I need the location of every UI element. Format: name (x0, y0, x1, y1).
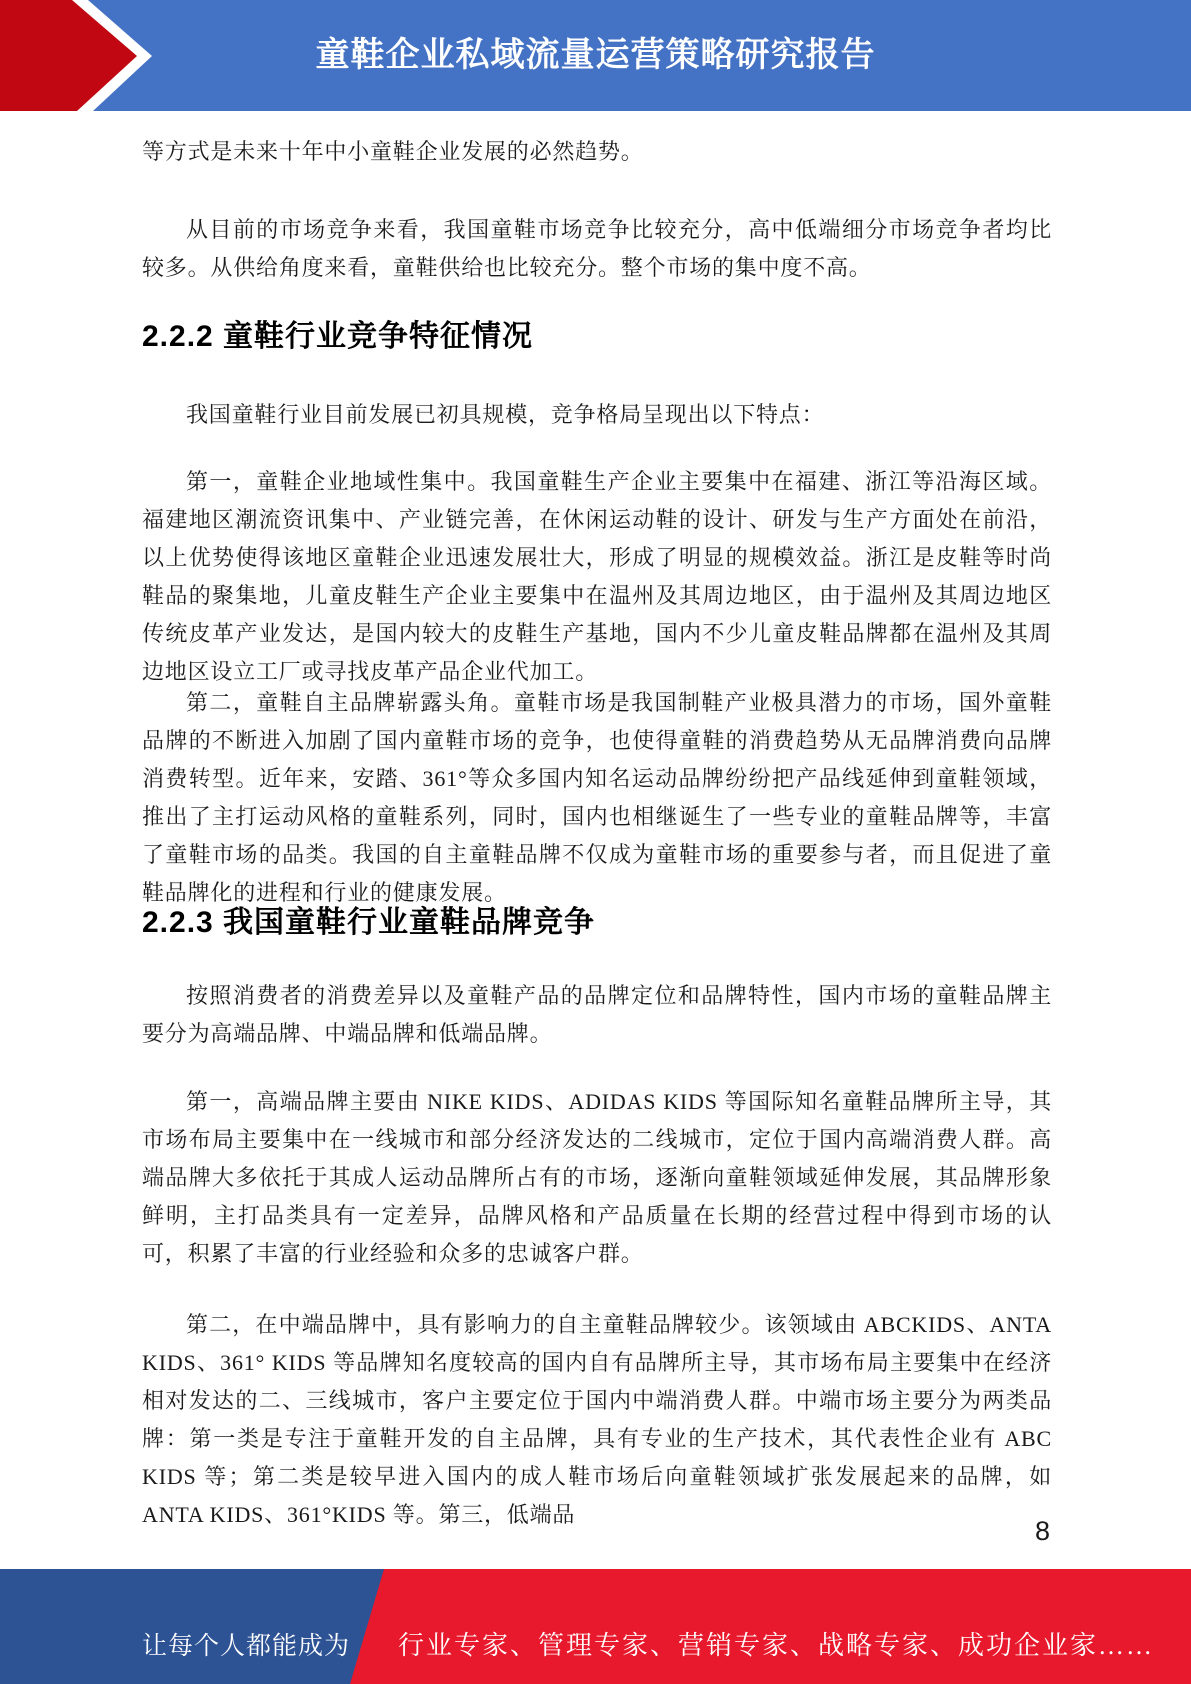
page-number: 8 (142, 1516, 1050, 1547)
paragraph-second-domestic-brands: 第二，童鞋自主品牌崭露头角。童鞋市场是我国制鞋产业极具潜力的市场，国外童鞋品牌的… (142, 684, 1052, 912)
paragraph-brand-classification: 按照消费者的消费差异以及童鞋产品的品牌定位和品牌特性，国内市场的童鞋品牌主要分为… (142, 977, 1052, 1053)
report-title: 童鞋企业私域流量运营策略研究报告 (0, 0, 1191, 111)
paragraph-industry-intro: 我国童鞋行业目前发展已初具规模，竞争格局呈现出以下特点： (142, 396, 1052, 434)
section-heading-2-2-3: 2.2.3 我国童鞋行业童鞋品牌竞争 (142, 904, 1052, 942)
paragraph-continuation: 等方式是未来十年中小童鞋企业发展的必然趋势。 (142, 133, 1052, 171)
paragraph-highend-brands: 第一，高端品牌主要由 NIKE KIDS、ADIDAS KIDS 等国际知名童鞋… (142, 1083, 1052, 1273)
paragraph-midend-brands: 第二，在中端品牌中，具有影响力的自主童鞋品牌较少。该领域由 ABCKIDS、AN… (142, 1306, 1052, 1534)
report-page: 童鞋企业私域流量运营策略研究报告 等方式是未来十年中小童鞋企业发展的必然趋势。 … (0, 0, 1191, 1684)
paragraph-first-regional-concentration: 第一，童鞋企业地域性集中。我国童鞋生产企业主要集中在福建、浙江等沿海区域。福建地… (142, 463, 1052, 691)
section-heading-2-2-2: 2.2.2 童鞋行业竞争特征情况 (142, 318, 1052, 356)
paragraph-market-competition: 从目前的市场竞争来看，我国童鞋市场竞争比较充分，高中低端细分市场竞争者均比较多。… (142, 211, 1052, 287)
footer-slogan-right: 行业专家、管理专家、营销专家、战略专家、成功企业家…… (398, 1625, 1158, 1662)
page-header: 童鞋企业私域流量运营策略研究报告 (0, 0, 1191, 111)
footer-slogan-left: 让每个人都能成为 (0, 1626, 350, 1662)
